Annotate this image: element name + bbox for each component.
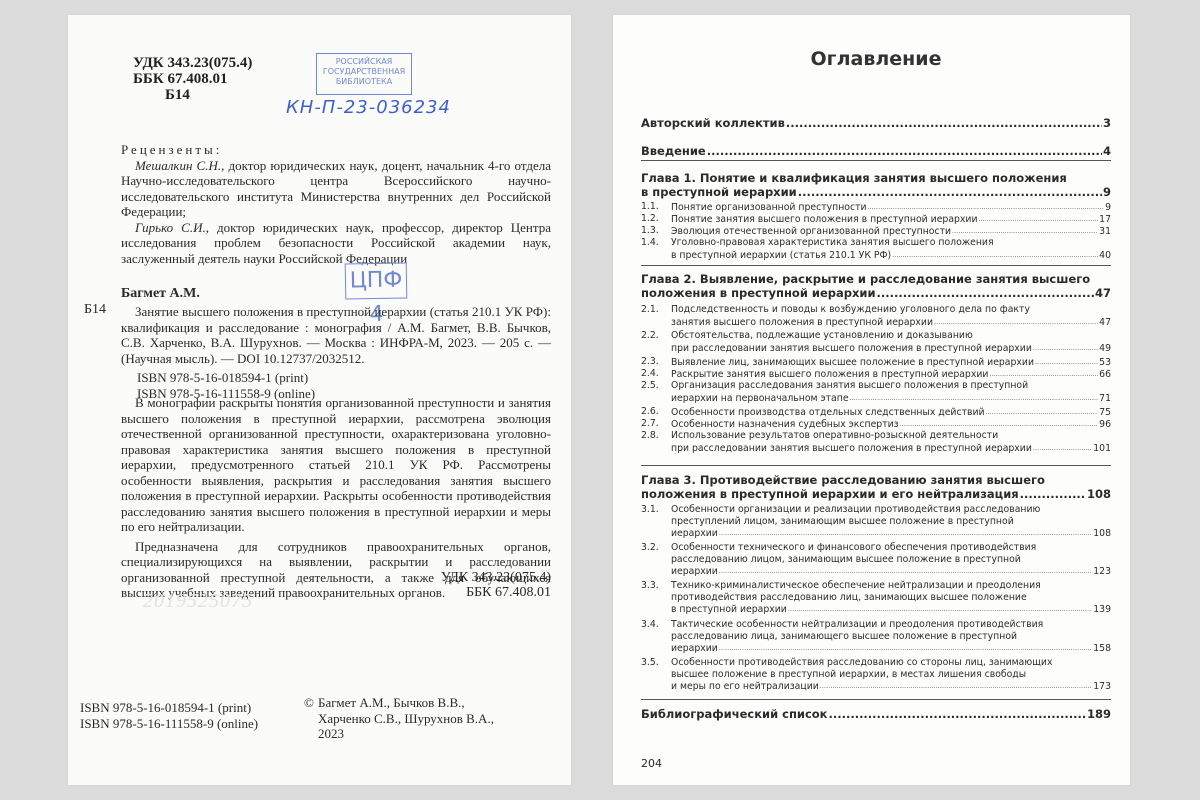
toc-leader-dots [707,144,1102,158]
toc-entry-text: Особенности технического и финансового о… [671,542,1036,553]
toc-section-entry[interactable]: 3.3.Технико-криминалистическое обеспечен… [641,580,1111,616]
toc-entry-text: Подследственность и поводы к возбуждению… [671,304,1030,315]
toc-page-number: 123 [1093,566,1111,578]
toc-entry-text: занятия высшего положения в преступной и… [671,317,933,329]
bib-text: Занятие высшего положения в преступной и… [121,304,551,366]
toc-page-number: 9 [1103,185,1111,199]
toc-chapter-entry[interactable]: Глава 1. Понятие и квалификация занятия … [641,171,1111,199]
udk-bbk-bottom: УДК 343.23(075.4) ББК 67.408.01 [418,570,551,600]
toc-entry-text: иерархии [671,643,718,655]
toc-entry-text: расследованию лица, занимающего высшее п… [671,631,1017,642]
udk-code: УДК 343.23(075.4) [418,570,551,585]
isbn-print: ISBN 978-5-16-018594-1 (print) [137,370,315,386]
toc-entry-text: и меры по его нейтрализации [671,681,819,693]
toc-entry-text: Понятие занятия высшего положения в прес… [671,214,978,226]
toc-section-number: 2.8. [641,430,671,442]
toc-section-entry[interactable]: 3.5.Особенности противодействия расследо… [641,657,1111,693]
copyright-line: Багмет А.М., Бычков В.В., [318,695,494,711]
toc-chapter-entry[interactable]: Авторский коллектив3 [641,116,1111,130]
toc-section-entry[interactable]: 2.3.Выявление лиц, занимающих высшее пол… [641,356,1111,369]
toc-page-number: 3 [1103,116,1111,130]
toc-section-entry[interactable]: 2.1.Подследственность и поводы к возбужд… [641,304,1111,328]
reviewers-header: Рецензенты: [121,142,551,158]
toc-page-number: 189 [1087,707,1111,721]
sign-code: Б14 [84,302,106,318]
reviewer: Гирько С.И., доктор юридических наук, пр… [121,220,551,267]
isbn-bottom: ISBN 978-5-16-018594-1 (print) ISBN 978-… [80,700,258,731]
toc-leader-dots [788,603,1092,616]
annotation-paragraph: В монографии раскрыты понятия организова… [121,395,551,535]
toc-section-entry[interactable]: 1.1.Понятие организованной преступности9 [641,201,1111,214]
toc-page-number: 96 [1099,419,1111,431]
toc-page-number: 4 [1103,144,1111,158]
toc-chapter-entry[interactable]: Введение4 [641,144,1111,158]
toc-entry-text: Особенности противодействия расследовани… [671,657,1052,668]
copyright-block: © Багмет А.М., Бычков В.В., Харченко С.В… [318,695,494,742]
toc-entry-text: иерархии на первоначальном этапе [671,393,849,405]
toc-entry-text: Особенности производства отдельных следс… [671,407,985,419]
toc-section-number: 2.5. [641,380,671,392]
handwritten-inventory-code: КН-П-23-036234 [286,97,451,118]
toc-section-number: 1.1. [641,201,671,213]
toc-entry-text: Эволюция отечественной организованной пр… [671,226,951,238]
cpf-stamp: ЦПФ 4 [345,262,408,299]
reviewers-block: Рецензенты: Мешалкин С.Н., доктор юридич… [121,142,551,266]
toc-entry-text: Особенности организации и реализации про… [671,504,1040,515]
toc-entry-text: Понятие организованной преступности [671,202,867,214]
toc-page-number: 9 [1105,202,1111,214]
toc-page-number: 40 [1099,250,1111,262]
toc-entry-text: иерархии [671,528,718,540]
toc-entry-text: Авторский коллектив [641,116,785,130]
toc-leader-dots [1033,442,1092,455]
toc-page-number: 75 [1099,407,1111,419]
toc-page-number: 139 [1093,604,1111,616]
toc-section-number: 2.1. [641,304,671,316]
toc-leader-dots [719,565,1092,578]
toc-entry-text: иерархии [671,566,718,578]
toc-entry-text: Глава 2. Выявление, раскрытие и расследо… [641,272,1090,286]
toc-section-number: 3.4. [641,619,671,631]
isbn-print: ISBN 978-5-16-018594-1 (print) [80,700,258,716]
stamp-line: ГОСУДАРСТВЕННАЯ [317,67,411,77]
toc-chapter-entry[interactable]: Глава 3. Противодействие расследованию з… [641,473,1111,501]
bbk-code: ББК 67.408.01 [133,71,227,87]
toc-page-number: 17 [1099,214,1111,226]
toc-page-number: 53 [1099,357,1111,369]
udk-code: УДК 343.23(075.4) [133,55,252,71]
toc-leader-dots [719,642,1092,655]
stamp-line: БИБЛИОТЕКА [317,77,411,87]
toc-leader-dots [952,225,1098,238]
toc-leader-dots [1035,356,1098,369]
toc-entry-text: в преступной иерархии (статья 210.1 УК Р… [671,250,891,262]
toc-entry-text: Уголовно-правовая характеристика занятия… [671,237,994,248]
toc-leader-dots [979,213,1099,226]
bbk-code: ББК 67.408.01 [418,585,551,600]
toc-leader-dots [934,316,1098,329]
toc-entry-text: в преступной иерархии [671,604,787,616]
reviewer: Мешалкин С.Н., доктор юридических наук, … [121,158,551,220]
toc-leader-dots [798,185,1102,199]
toc-separator [641,465,1111,466]
toc-entry-text: преступлений лицом, занимающим высшее по… [671,516,1014,527]
toc-chapter-entry[interactable]: Библиографический список189 [641,707,1111,721]
toc-page-number: 66 [1099,369,1111,381]
toc-leader-dots [986,406,1099,419]
toc-page-number: 158 [1093,643,1111,655]
toc-entry-text: противодействия расследованию лиц, заним… [671,592,1027,603]
reviewer-name: Мешалкин С.Н. [135,158,221,173]
toc-section-entry[interactable]: 1.2.Понятие занятия высшего положения в … [641,213,1111,226]
toc-title: Оглавление [641,48,1111,70]
toc-section-number: 1.2. [641,213,671,225]
toc-page-number: 108 [1093,528,1111,540]
toc-entry-text: Технико-криминалистическое обеспечение н… [671,580,1041,591]
toc-leader-dots [719,527,1092,540]
toc-separator [641,265,1111,266]
toc-leader-dots [850,392,1099,405]
toc-section-number: 1.3. [641,225,671,237]
stamp-line: РОССИЙСКАЯ [317,57,411,67]
udk-bbk-block: УДК 343.23(075.4) ББК 67.408.01 Б14 [133,55,252,103]
toc-section-number: 1.4. [641,237,671,249]
toc-section-entry[interactable]: 2.4.Раскрытие занятия высшего положения … [641,368,1111,381]
toc-section-number: 2.6. [641,406,671,418]
toc-page-number: 47 [1095,286,1111,300]
toc-section-number: 2.3. [641,356,671,368]
toc-leader-dots [828,707,1086,721]
toc-section-number: 2.4. [641,368,671,380]
toc-page-number: 47 [1099,317,1111,329]
toc-entry-text: Библиографический список [641,707,827,721]
toc-entry-text: положения в преступной иерархии [641,286,876,300]
toc-entry-text: Организация расследования занятия высшег… [671,380,1028,391]
toc-entry-text: в преступной иерархии [641,185,797,199]
copyright-icon: © [304,695,314,711]
toc-entry-text: Введение [641,144,706,158]
library-stamp: РОССИЙСКАЯ ГОСУДАРСТВЕННАЯ БИБЛИОТЕКА [316,53,412,95]
main-author: Багмет А.М. [121,286,200,302]
reviewer-name: Гирько С.И. [135,220,206,235]
toc-section-entry[interactable]: 2.7.Особенности назначения судебных эксп… [641,418,1111,431]
toc-leader-dots [1020,487,1086,501]
toc-section-entry[interactable]: 1.3.Эволюция отечественной организованно… [641,225,1111,238]
toc-section-number: 3.1. [641,504,671,516]
toc-leader-dots [786,116,1102,130]
toc-page-number: 101 [1093,443,1111,455]
toc-page-number: 31 [1099,226,1111,238]
toc-entry-text: Тактические особенности нейтрализации и … [671,619,1043,630]
toc-entry-text: Раскрытие занятия высшего положения в пр… [671,369,988,381]
author-sign: Б14 [133,87,252,103]
toc-leader-dots [868,201,1105,214]
toc-entry-text: Особенности назначения судебных эксперти… [671,419,899,431]
toc-leader-dots [989,368,1098,381]
toc-section-entry[interactable]: 2.8.Использование результатов оперативно… [641,430,1111,454]
toc-entry-text: Глава 3. Противодействие расследованию з… [641,473,1045,487]
toc-section-number: 3.2. [641,542,671,554]
toc-entry-text: Обстоятельства, подлежащие установлению … [671,330,973,341]
toc-entry-text: Использование результатов оперативно-роз… [671,430,998,441]
toc-separator [641,160,1111,161]
toc-entry-text: Глава 1. Понятие и квалификация занятия … [641,171,1067,185]
toc-page-number: 173 [1093,681,1111,693]
toc-section-entry[interactable]: 1.4.Уголовно-правовая характеристика зан… [641,237,1111,261]
toc-section-number: 3.3. [641,580,671,592]
toc-section-entry[interactable]: 3.1.Особенности организации и реализации… [641,504,1111,540]
toc-separator [641,699,1111,700]
toc-section-entry[interactable]: 2.5.Организация расследования занятия вы… [641,380,1111,404]
toc-entry-text: при расследовании занятия высшего положе… [671,443,1032,455]
toc-entry-text: высшее положение в преступной иерархии, … [671,669,1026,680]
toc-page-number: 71 [1099,393,1111,405]
toc-entry-text: Выявление лиц, занимающих высшее положен… [671,357,1034,369]
toc-section-number: 2.2. [641,330,671,342]
toc-leader-dots [1033,342,1098,355]
toc-leader-dots [877,286,1094,300]
bibliographic-description: Занятие высшего положения в преступной и… [121,304,551,366]
page-number: 204 [641,757,662,770]
isbn-online: ISBN 978-5-16-111558-9 (online) [80,716,258,732]
left-page-copyright: УДК 343.23(075.4) ББК 67.408.01 Б14 РОСС… [68,15,571,785]
toc-section-number: 3.5. [641,657,671,669]
toc-page-number: 108 [1087,487,1111,501]
copyright-line: 2023 [318,726,494,742]
copyright-line: Харченко С.В., Шурухнов В.А., [318,711,494,727]
toc-page-number: 49 [1099,343,1111,355]
toc-section-entry[interactable]: 2.2.Обстоятельства, подлежащие установле… [641,330,1111,354]
toc-section-entry[interactable]: 2.6.Особенности производства отдельных с… [641,406,1111,419]
toc-section-entry[interactable]: 3.4.Тактические особенности нейтрализаци… [641,619,1111,655]
toc-chapter-entry[interactable]: Глава 2. Выявление, раскрытие и расследо… [641,272,1111,300]
toc-entry-text: расследованию лицом, занимающим высшее п… [671,554,1021,565]
toc-section-entry[interactable]: 3.2.Особенности технического и финансово… [641,542,1111,578]
toc-leader-dots [900,418,1099,431]
toc-leader-dots [820,680,1092,693]
toc-entry-text: положения в преступной иерархии и его не… [641,487,1019,501]
toc-section-number: 2.7. [641,418,671,430]
toc-entry-text: при расследовании занятия высшего положе… [671,343,1032,355]
toc-leader-dots [892,249,1098,262]
right-page-toc: Оглавление Авторский коллектив3Введение4… [613,15,1130,785]
ghost-number: 2019525075 [143,590,253,613]
